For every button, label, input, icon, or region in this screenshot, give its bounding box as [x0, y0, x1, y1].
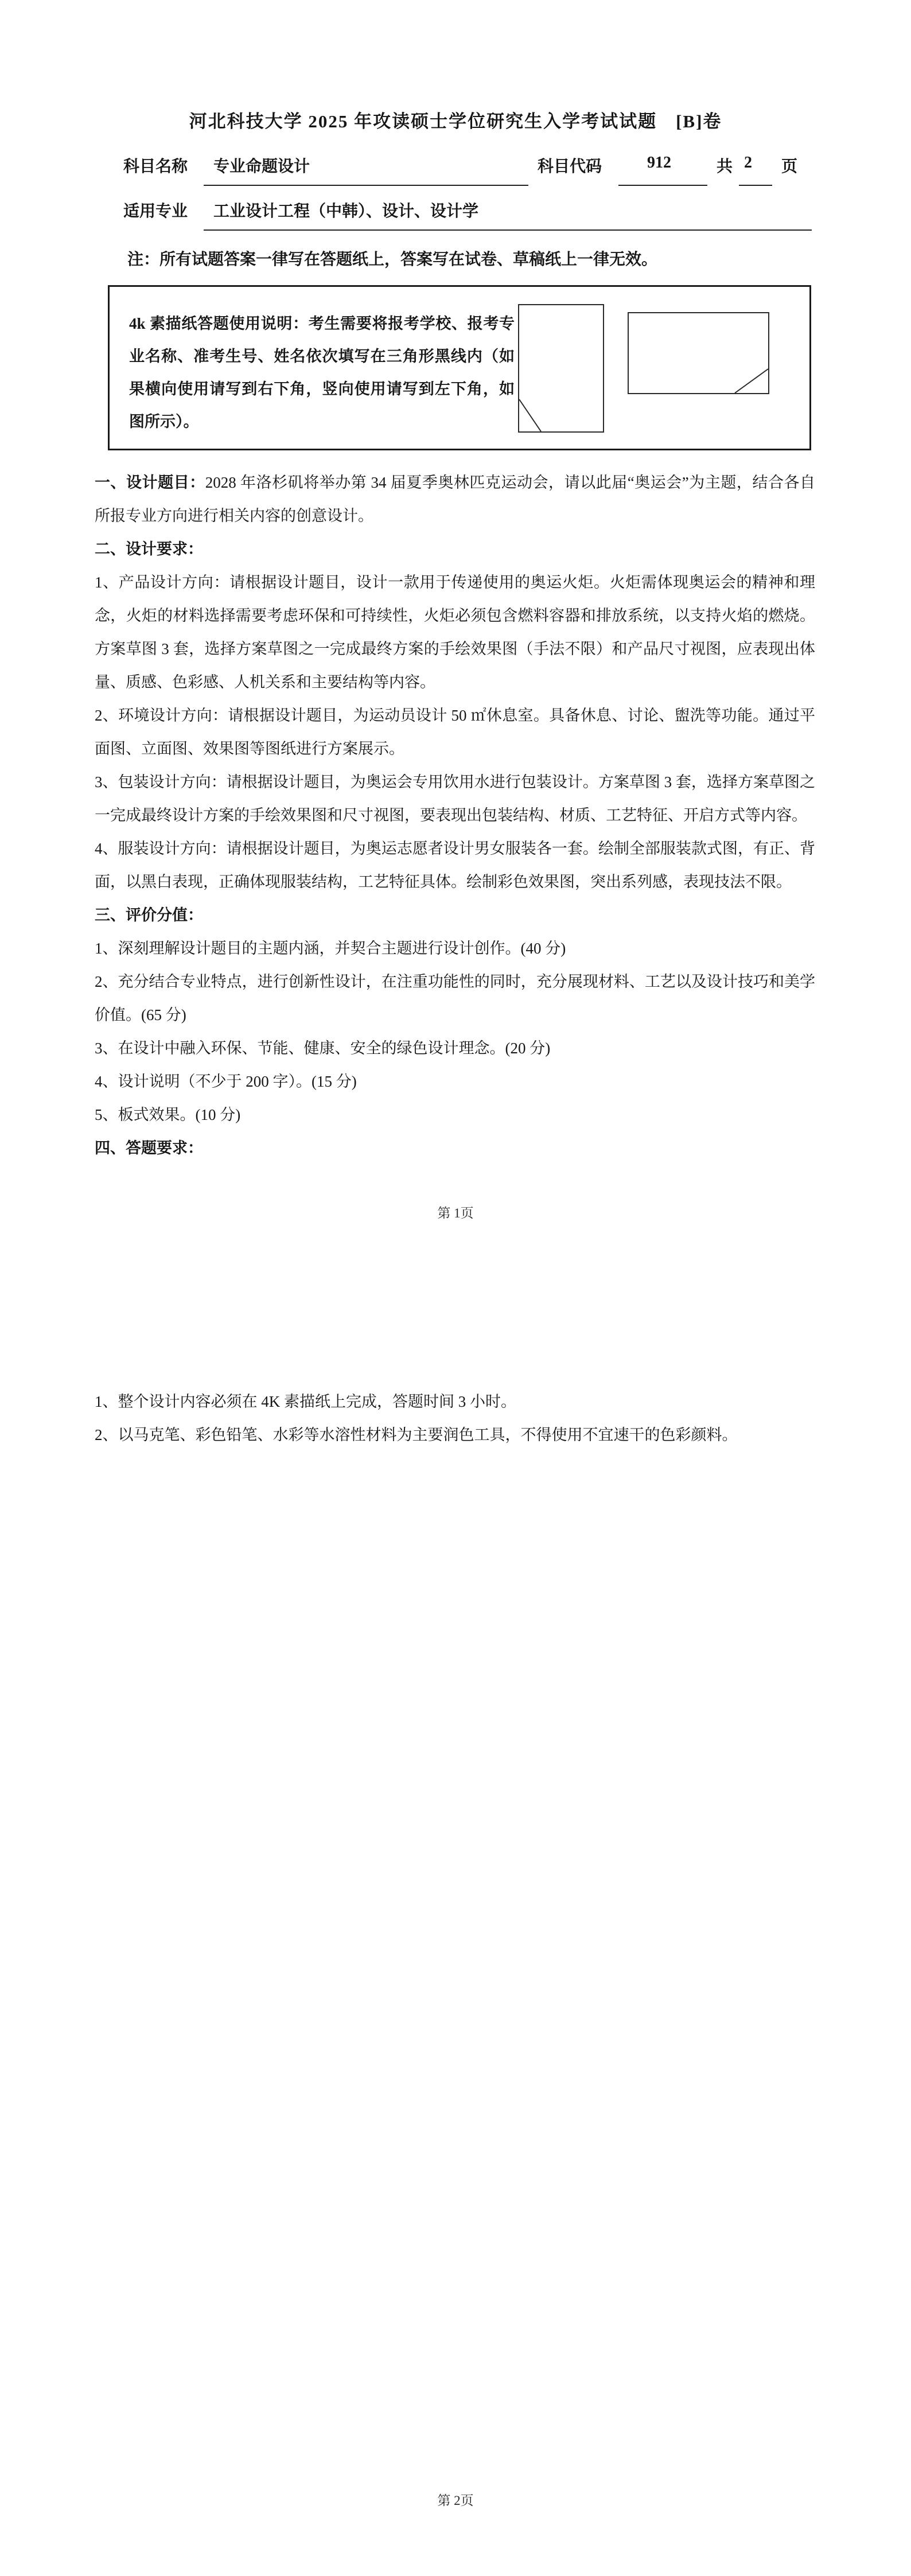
page-title: 河北科技大学 2025 年攻读硕士学位研究生入学考试试题 [B]卷 [0, 107, 911, 133]
portrait-corner-fold-line [519, 305, 603, 431]
page1-footer: 第 1页 [0, 1203, 911, 1221]
score-item-1: 1、深刻理解设计题目的主题内涵，并契合主题进行设计创作。(40 分) [95, 932, 815, 965]
answer-requirement-item-1: 1、整个设计内容必须在 4K 素描纸上完成，答题时间 3 小时。 [95, 1385, 815, 1418]
landscape-corner-fold-line [629, 313, 768, 393]
exam-paper-page: 河北科技大学 2025 年攻读硕士学位研究生入学考试试题 [B]卷 科目名称 专… [0, 0, 911, 2576]
score-item-4: 4、设计说明（不少于 200 字）。(15 分) [95, 1065, 815, 1098]
answer-requirement-item-2: 2、以马克笔、彩色铅笔、水彩等水溶性材料为主要润色工具，不得使用不宜速干的色彩颜… [95, 1418, 815, 1452]
design-topic-paragraph: 一、设计题目：2028 年洛杉矶将举办第 34 届夏季奥林匹克运动会，请以此届“… [95, 466, 815, 532]
design-requirements-heading: 二、设计要求： [95, 532, 815, 566]
pages-label: 页 [781, 154, 797, 177]
score-section-heading: 三、评价分值： [95, 898, 815, 932]
requirement-item-packaging: 3、包装设计方向：请根据设计题目，为奥运会专用饮用水进行包装设计。方案草图 3 … [95, 765, 815, 832]
subject-name-value: 专业命题设计 [213, 154, 310, 177]
page1-body: 一、设计题目：2028 年洛杉矶将举办第 34 届夏季奥林匹克运动会，请以此届“… [95, 466, 815, 1165]
subject-code-value: 912 [647, 154, 671, 172]
total-label: 共 [717, 154, 733, 177]
applicable-major-label: 适用专业 [123, 199, 188, 221]
score-item-5: 5、板式效果。(10 分) [95, 1098, 815, 1131]
subject-code-underline [618, 185, 707, 186]
subject-name-underline [204, 185, 528, 186]
page2-footer: 第 2页 [0, 2490, 911, 2509]
requirement-item-fashion: 4、服装设计方向：请根据设计题目，为奥运志愿者设计男女服装各一套。绘制全部服装款… [95, 832, 815, 898]
sketch-paper-instruction-text: 4k 素描纸答题使用说明：考生需要将报考学校、报考专业名称、准考生号、姓名依次填… [129, 308, 515, 438]
sketch-paper-instruction-box: 4k 素描纸答题使用说明：考生需要将报考学校、报考专业名称、准考生号、姓名依次填… [108, 285, 811, 450]
total-pages-value: 2 [744, 154, 752, 172]
applicable-major-underline [204, 229, 812, 231]
requirement-item-environment: 2、环境设计方向：请根据设计题目，为运动员设计 50 ㎡休息室。具备休息、讨论、… [95, 699, 815, 765]
portrait-paper-diagram [518, 304, 604, 433]
applicable-major-value: 工业设计工程（中韩）、设计、设计学 [213, 199, 478, 221]
total-pages-underline [739, 185, 772, 186]
subject-name-label: 科目名称 [123, 154, 188, 177]
design-topic-heading: 一、设计题目： [95, 474, 205, 491]
requirement-item-product: 1、产品设计方向：请根据设计题目，设计一款用于传递使用的奥运火炬。火炬需体现奥运… [95, 566, 815, 699]
answer-requirements-heading: 四、答题要求： [95, 1131, 815, 1165]
landscape-paper-diagram [628, 312, 769, 394]
page2-body: 1、整个设计内容必须在 4K 素描纸上完成，答题时间 3 小时。 2、以马克笔、… [95, 1385, 815, 1452]
score-item-2: 2、充分结合专业特点，进行创新性设计，在注重功能性的同时，充分展现材料、工艺以及… [95, 965, 815, 1032]
subject-code-label: 科目代码 [538, 154, 602, 177]
score-item-3: 3、在设计中融入环保、节能、健康、安全的绿色设计理念。(20 分) [95, 1032, 815, 1065]
answer-sheet-note: 注：所有试题答案一律写在答题纸上，答案写在试卷、草稿纸上一律无效。 [127, 247, 657, 270]
